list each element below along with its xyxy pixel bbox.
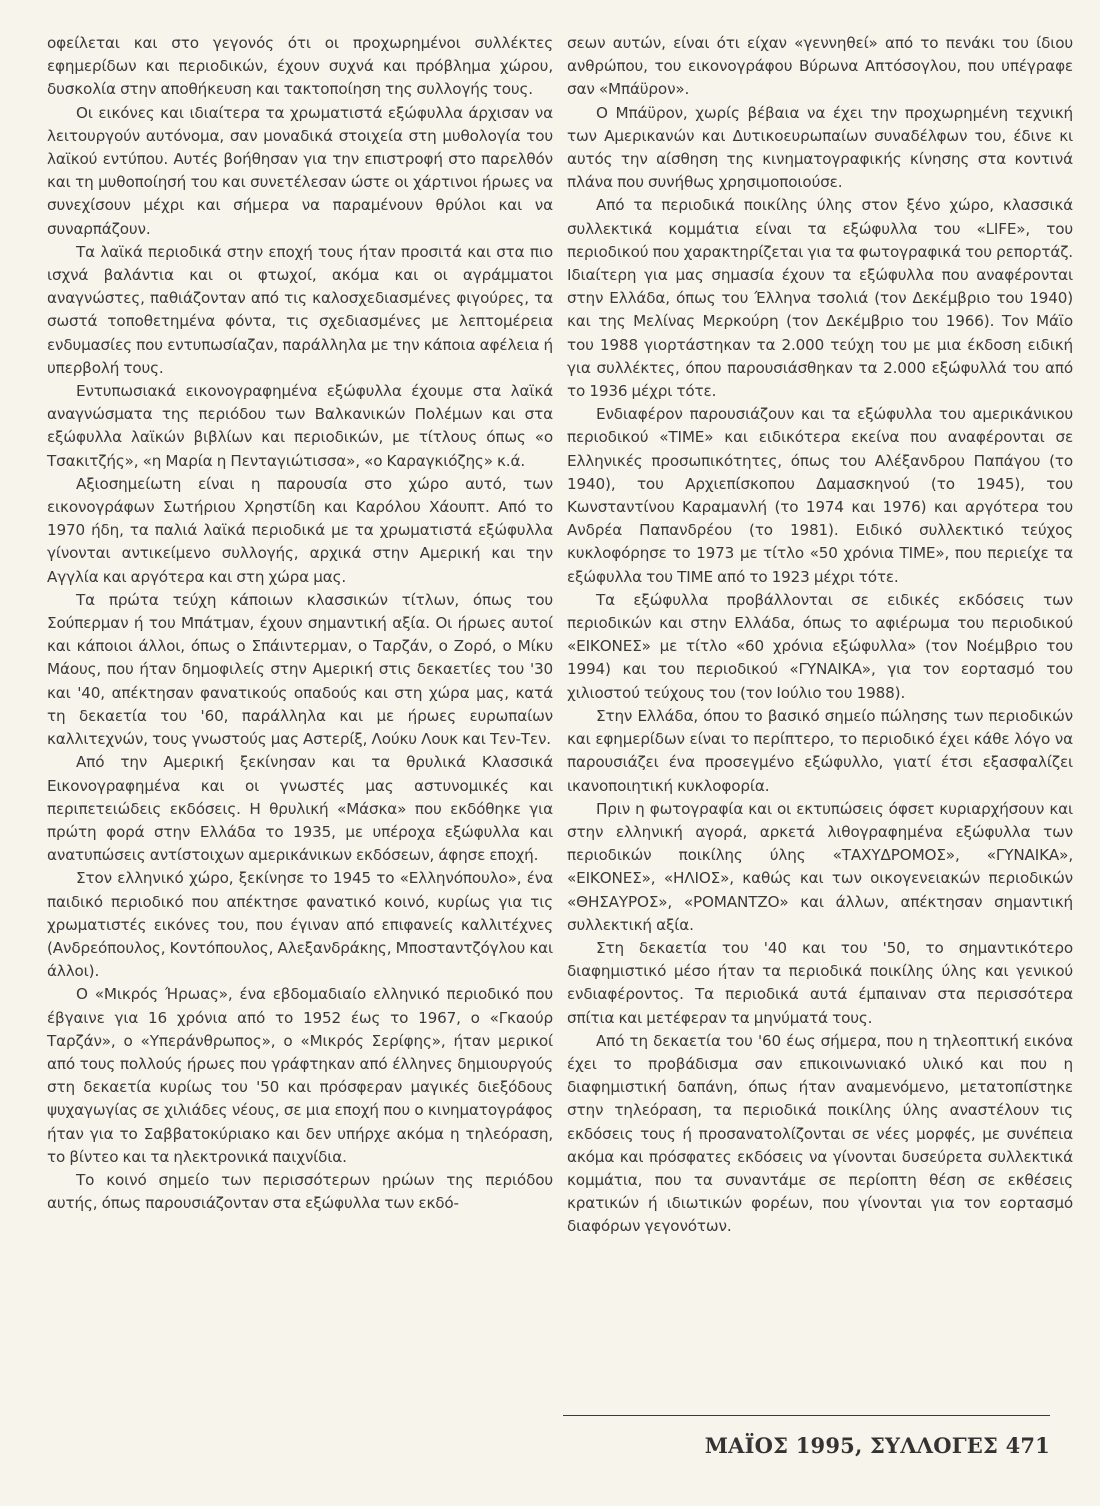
page-footer: ΜΑΪΟΣ 1995, ΣΥΛΛΟΓΕΣ 471: [705, 1433, 1050, 1458]
paragraph: Εντυπωσιακά εικονογραφημένα εξώφυλλα έχο…: [47, 380, 553, 473]
paragraph: Ενδιαφέρον παρουσιάζουν και τα εξώφυλλα …: [567, 403, 1073, 589]
paragraph: Από τα περιοδικά ποικίλης ύλης στον ξένο…: [567, 194, 1073, 403]
magazine-page: οφείλεται και στο γεγονός ότι οι προχωρη…: [0, 0, 1100, 1506]
paragraph: Αξιοσημείωτη είναι η παρουσία στο χώρο α…: [47, 473, 553, 589]
paragraph: σεων αυτών, είναι ότι είχαν «γεννηθεί» α…: [567, 32, 1073, 102]
paragraph: Οι εικόνες και ιδιαίτερα τα χρωματιστά ε…: [47, 102, 553, 241]
footer-divider: [563, 1415, 1050, 1416]
paragraph: Τα λαϊκά περιοδικά στην εποχή τους ήταν …: [47, 241, 553, 380]
paragraph: οφείλεται και στο γεγονός ότι οι προχωρη…: [47, 32, 553, 102]
paragraph: Πριν η φωτογραφία και οι εκτυπώσεις όφσε…: [567, 798, 1073, 937]
paragraph: Στην Ελλάδα, όπου το βασικό σημείο πώλησ…: [567, 705, 1073, 798]
right-column: σεων αυτών, είναι ότι είχαν «γεννηθεί» α…: [567, 32, 1073, 1239]
paragraph: Από την Αμερική ξεκίνησαν και τα θρυλικά…: [47, 751, 553, 867]
paragraph: Ο Μπάϋρον, χωρίς βέβαια να έχει την προχ…: [567, 102, 1073, 195]
paragraph: Ο «Μικρός Ήρωας», ένα εβδομαδιαίο ελληνι…: [47, 983, 553, 1169]
paragraph: Στον ελληνικό χώρο, ξεκίνησε το 1945 το …: [47, 867, 553, 983]
paragraph: Από τη δεκαετία του '60 έως σήμερα, που …: [567, 1030, 1073, 1239]
paragraph: Στη δεκαετία του '40 και του '50, το σημ…: [567, 937, 1073, 1030]
paragraph: Τα εξώφυλλα προβάλλονται σε ειδικές εκδό…: [567, 589, 1073, 705]
paragraph: Τα πρώτα τεύχη κάποιων κλασσικών τίτλων,…: [47, 589, 553, 751]
paragraph: Το κοινό σημείο των περισσότερων ηρώων τ…: [47, 1169, 553, 1215]
left-column: οφείλεται και στο γεγονός ότι οι προχωρη…: [47, 32, 553, 1215]
